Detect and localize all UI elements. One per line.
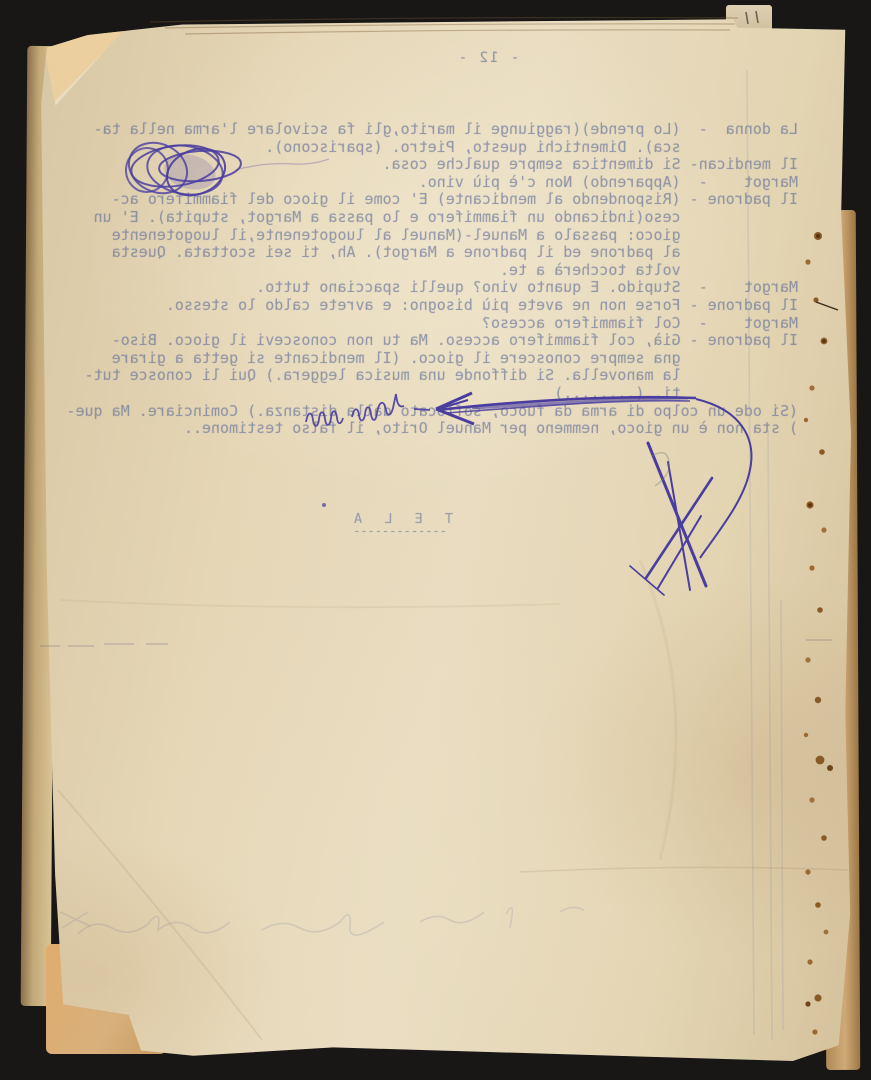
paper-page: - 12 - La donna - (Lo prende)(raggiunge … [33,13,851,1061]
curtain-heading: T E L A ------------- [325,513,475,537]
scanned-document-photo: { "document": { "kind": "back side of an… [0,0,871,1080]
dog-ear-fold [39,25,131,109]
mirrored-typewritten-text: La donna - (Lo prende)(raggiunge il mari… [58,121,798,438]
page-number: - 12 - [445,50,531,66]
